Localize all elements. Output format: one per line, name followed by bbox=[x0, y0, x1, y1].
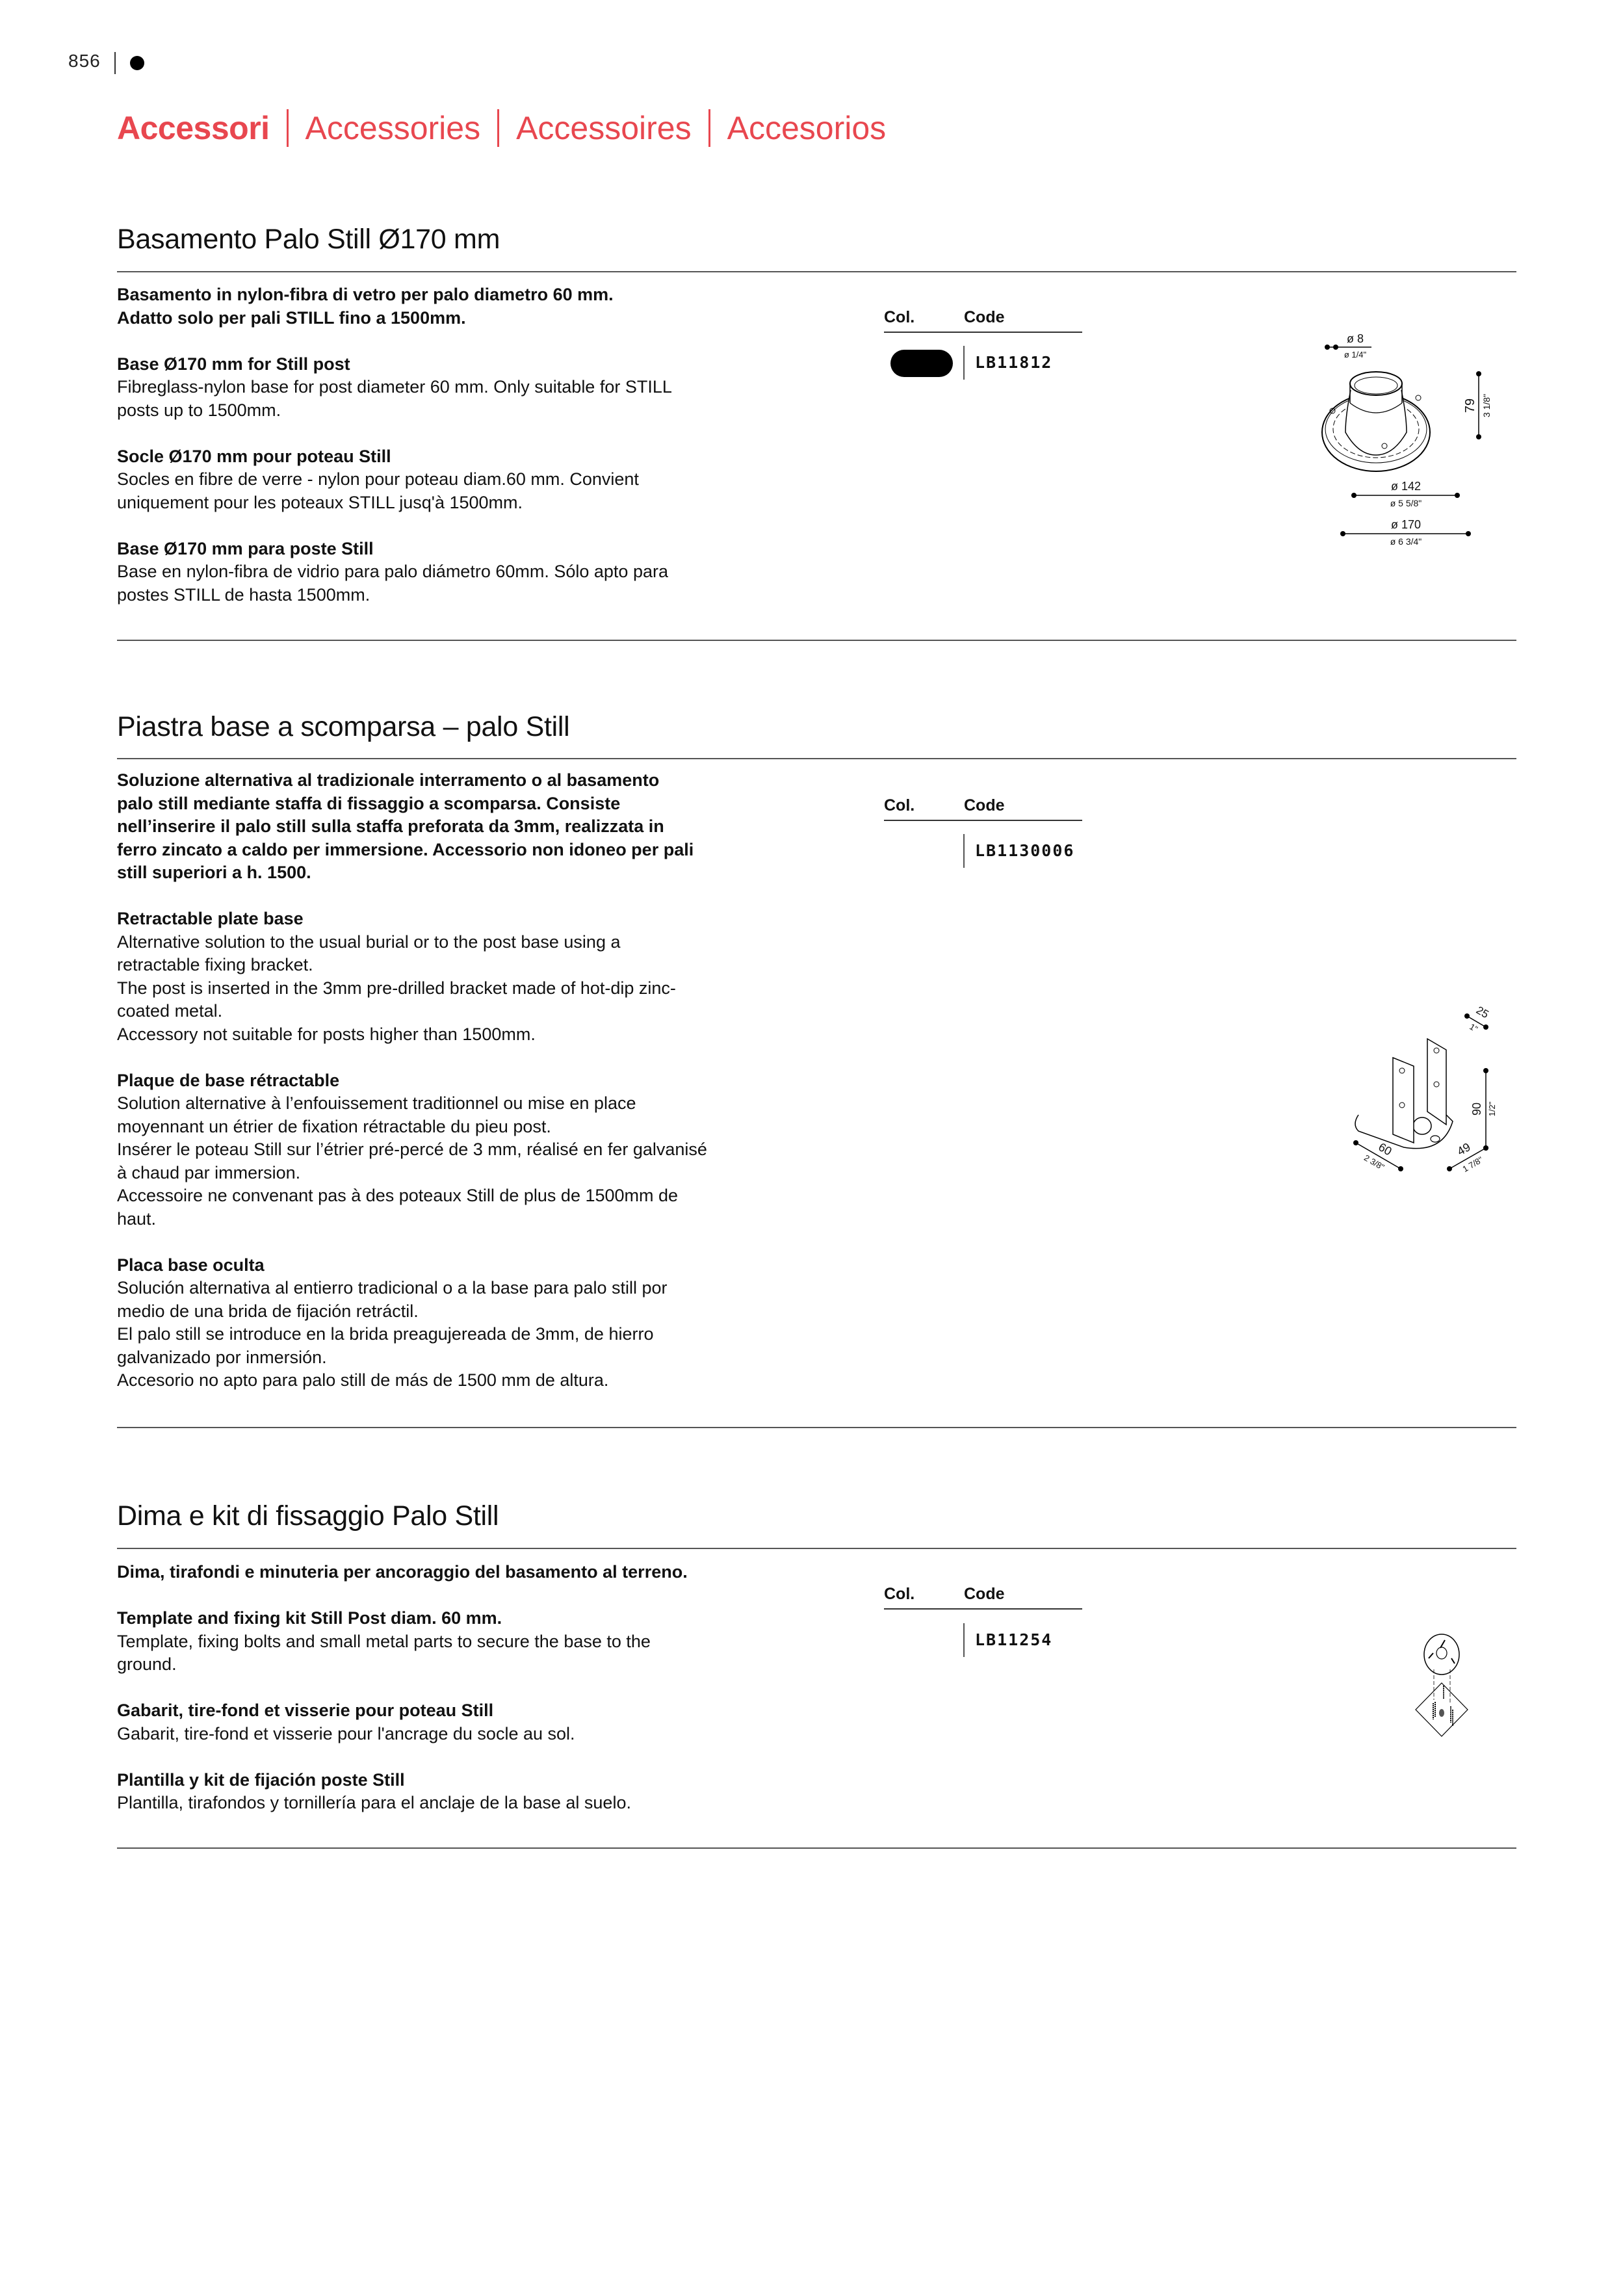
section-rule bbox=[117, 1847, 1516, 1849]
section-intro: Soluzione alternativa al tradizionale in… bbox=[117, 769, 806, 885]
svg-text:25: 25 bbox=[1474, 1004, 1491, 1021]
svg-text:2 3/8": 2 3/8" bbox=[1362, 1153, 1386, 1172]
block-line: à chaud par immersion. bbox=[117, 1162, 806, 1185]
svg-text:1": 1" bbox=[1468, 1022, 1479, 1034]
code-divider bbox=[963, 834, 965, 868]
title-fr: Accessoires bbox=[516, 109, 692, 147]
title-divider bbox=[497, 109, 499, 147]
block-line: moyennant un étrier de fixation rétracta… bbox=[117, 1115, 806, 1139]
block-line: Gabarit, tire-fond et visserie pour l'an… bbox=[117, 1723, 806, 1746]
svg-text:1 7/8": 1 7/8" bbox=[1461, 1155, 1485, 1174]
block-line: Accessoire ne convenant pas à des poteau… bbox=[117, 1184, 806, 1208]
svg-text:ø 1/4": ø 1/4" bbox=[1344, 350, 1367, 359]
block-line: coated metal. bbox=[117, 1000, 806, 1023]
section-title: Basamento Palo Still Ø170 mm bbox=[117, 224, 500, 255]
block-line: ground. bbox=[117, 1653, 806, 1676]
svg-text:ø 5 5/8": ø 5 5/8" bbox=[1390, 498, 1422, 508]
block-line: Base en nylon-fibra de vidrio para palo … bbox=[117, 560, 806, 584]
language-block: Template and fixing kit Still Post diam.… bbox=[117, 1607, 806, 1676]
product-table-header: Col. Code bbox=[884, 306, 1082, 333]
col-header: Col. bbox=[884, 1585, 915, 1604]
svg-text:3 1/8": 3 1/8" bbox=[1481, 394, 1492, 417]
language-block: Plantilla y kit de fijación poste StillP… bbox=[117, 1769, 806, 1815]
code-divider bbox=[963, 346, 965, 380]
block-line: Fibreglass-nylon base for post diameter … bbox=[117, 376, 806, 399]
svg-text:49: 49 bbox=[1455, 1140, 1472, 1158]
language-block: Placa base ocultaSolución alternativa al… bbox=[117, 1254, 806, 1392]
col-header: Col. bbox=[884, 796, 915, 815]
svg-text:1/2": 1/2" bbox=[1487, 1101, 1497, 1116]
section-rule bbox=[117, 640, 1516, 641]
block-line: posts up to 1500mm. bbox=[117, 399, 806, 423]
svg-text:ø 6 3/4": ø 6 3/4" bbox=[1390, 536, 1422, 547]
block-line: Plantilla, tirafondos y tornillería para… bbox=[117, 1792, 806, 1815]
block-heading: Plantilla y kit de fijación poste Still bbox=[117, 1769, 806, 1792]
code-header: Code bbox=[964, 308, 1005, 327]
title-en: Accessories bbox=[305, 109, 481, 147]
block-heading: Retractable plate base bbox=[117, 907, 806, 931]
section-dot-icon bbox=[130, 56, 144, 70]
block-heading: Base Ø170 mm for Still post bbox=[117, 353, 806, 376]
language-block: Base Ø170 mm for Still postFibreglass-ny… bbox=[117, 353, 806, 423]
product-table-header: Col. Code bbox=[884, 1582, 1082, 1610]
section-rule bbox=[117, 1427, 1516, 1428]
code-divider bbox=[963, 1623, 965, 1657]
block-line: Alternative solution to the usual burial… bbox=[117, 931, 806, 954]
product-code: LB11812 bbox=[975, 353, 1052, 372]
block-line: Socles en fibre de verre - nylon pour po… bbox=[117, 468, 806, 491]
language-block: Socle Ø170 mm pour poteau StillSocles en… bbox=[117, 445, 806, 515]
language-block: Plaque de base rétractableSolution alter… bbox=[117, 1069, 806, 1231]
block-line: medio de una brida de fijación retráctil… bbox=[117, 1300, 806, 1324]
page-number: 856 bbox=[68, 51, 101, 72]
language-block: Retractable plate baseAlternative soluti… bbox=[117, 907, 806, 1046]
block-heading: Placa base oculta bbox=[117, 1254, 806, 1277]
section-rule bbox=[117, 271, 1516, 272]
section-title: Piastra base a scomparsa – palo Still bbox=[117, 711, 569, 743]
page-number-separator bbox=[114, 52, 116, 74]
section-description: Dima, tirafondi e minuteria per ancoragg… bbox=[117, 1561, 806, 1815]
section-description: Soluzione alternativa al tradizionale in… bbox=[117, 769, 806, 1392]
svg-text:ø 142: ø 142 bbox=[1391, 480, 1421, 493]
block-line: El palo still se introduce en la brida p… bbox=[117, 1323, 806, 1346]
section-title: Dima e kit di fissaggio Palo Still bbox=[117, 1500, 499, 1532]
color-swatch-black bbox=[890, 350, 953, 377]
title-divider bbox=[287, 109, 289, 147]
title-es: Accesorios bbox=[727, 109, 887, 147]
bracket-drawing-diagram: 25 1" 90 1/2" 60 2 3/8" 49 1 7/8" bbox=[1339, 995, 1527, 1190]
block-line: uniquement pour les poteaux STILL jusq'à… bbox=[117, 491, 806, 515]
page-title: Accessori Accessories Accessoires Acceso… bbox=[117, 109, 886, 147]
block-heading: Socle Ø170 mm pour poteau Still bbox=[117, 445, 806, 469]
block-line: galvanizado por inmersión. bbox=[117, 1346, 806, 1370]
svg-text:79: 79 bbox=[1463, 398, 1477, 413]
product-table-header: Col. Code bbox=[884, 794, 1082, 821]
language-block: Base Ø170 mm para poste StillBase en nyl… bbox=[117, 538, 806, 607]
section-intro: Dima, tirafondi e minuteria per ancoragg… bbox=[117, 1561, 806, 1584]
block-line: Solución alternativa al entierro tradici… bbox=[117, 1277, 806, 1300]
col-header: Col. bbox=[884, 308, 915, 327]
svg-text:ø 8: ø 8 bbox=[1347, 332, 1364, 345]
block-line: haut. bbox=[117, 1208, 806, 1231]
block-heading: Plaque de base rétractable bbox=[117, 1069, 806, 1093]
block-heading: Base Ø170 mm para poste Still bbox=[117, 538, 806, 561]
block-line: Solution alternative à l’enfouissement t… bbox=[117, 1092, 806, 1115]
block-heading: Gabarit, tire-fond et visserie pour pote… bbox=[117, 1699, 806, 1723]
block-line: retractable fixing bracket. bbox=[117, 954, 806, 977]
code-header: Code bbox=[964, 1585, 1005, 1604]
block-line: Accessory not suitable for posts higher … bbox=[117, 1023, 806, 1047]
block-line: Template, fixing bolts and small metal p… bbox=[117, 1630, 806, 1654]
section-intro: Basamento in nylon-fibra di vetro per pa… bbox=[117, 283, 806, 330]
product-code: LB1130006 bbox=[975, 841, 1074, 860]
block-line: Insérer le poteau Still sur l’étrier pré… bbox=[117, 1138, 806, 1162]
base-drawing-diagram: ø 8 ø 1/4" 79 3 1/8" ø 142 ø 5 5/8" ø 17… bbox=[1319, 319, 1527, 553]
svg-text:ø 170: ø 170 bbox=[1391, 518, 1421, 531]
title-divider bbox=[708, 109, 710, 147]
svg-text:90: 90 bbox=[1470, 1102, 1483, 1115]
block-line: Accesorio no apto para palo still de más… bbox=[117, 1369, 806, 1392]
product-code: LB11254 bbox=[975, 1630, 1052, 1649]
block-heading: Template and fixing kit Still Post diam.… bbox=[117, 1607, 806, 1630]
section-description: Basamento in nylon-fibra di vetro per pa… bbox=[117, 283, 806, 607]
block-line: postes STILL de hasta 1500mm. bbox=[117, 584, 806, 607]
section-rule bbox=[117, 758, 1516, 759]
block-line: The post is inserted in the 3mm pre-dril… bbox=[117, 977, 806, 1000]
title-it: Accessori bbox=[117, 109, 270, 147]
fixing-kit-diagram bbox=[1378, 1628, 1508, 1758]
code-header: Code bbox=[964, 796, 1005, 815]
language-block: Gabarit, tire-fond et visserie pour pote… bbox=[117, 1699, 806, 1745]
section-rule bbox=[117, 1548, 1516, 1549]
